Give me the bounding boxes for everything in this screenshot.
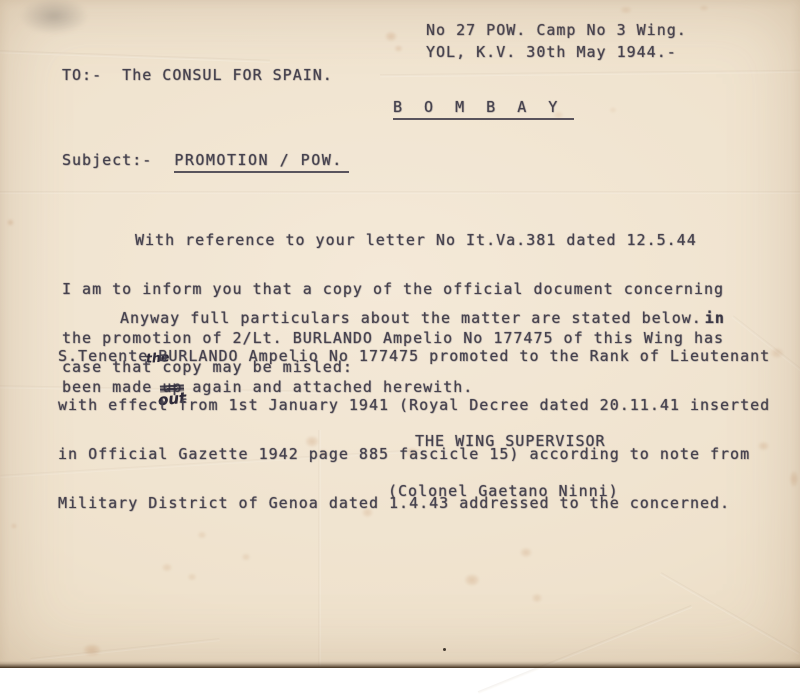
recipient-line: TO:- The CONSUL FOR SPAIN. — [62, 67, 333, 83]
letterhead-date-line: YOL, K.V. 30th May 1944.- — [426, 44, 677, 60]
stain — [80, 642, 104, 658]
signature-title: THE WING SUPERVISOR — [388, 433, 619, 450]
crease — [0, 191, 800, 194]
scanned-letter-page: No 27 POW. Camp No 3 Wing. YOL, K.V. 30t… — [0, 0, 800, 668]
corner-smudge — [6, 0, 102, 42]
crease — [660, 572, 800, 655]
ink-speck — [443, 648, 446, 651]
stain — [383, 30, 399, 43]
crease — [478, 605, 692, 668]
stain — [186, 572, 198, 582]
city-line: B O M B A Y — [393, 99, 574, 115]
crease — [380, 70, 800, 77]
subject-label: Subject:- — [62, 151, 162, 169]
signature-block: THE WING SUPERVISOR (Colonel Gaetano Nin… — [388, 400, 619, 532]
subject-value: PROMOTION / POW. — [174, 151, 349, 173]
crease — [0, 50, 270, 62]
stain — [462, 572, 482, 588]
stain — [6, 218, 15, 227]
stain — [530, 592, 544, 604]
crease — [30, 638, 219, 661]
stain — [618, 5, 634, 15]
paper-bottom-edge — [0, 661, 800, 668]
letterhead-camp-line: No 27 POW. Camp No 3 Wing. — [426, 22, 687, 38]
subject-line: Subject:- PROMOTION / POW. — [62, 152, 349, 168]
stain — [698, 4, 710, 12]
stain — [393, 44, 404, 53]
paragraph-1-line-1: With reference to your letter No It.Va.3… — [62, 232, 786, 248]
stain — [518, 546, 534, 559]
paragraph-3-line-1: S.Tenente BURLANDO Ampelio No 177475 pro… — [58, 348, 792, 364]
stain — [160, 562, 174, 573]
stain — [10, 522, 18, 530]
stain — [240, 552, 252, 562]
signature-name: (Colonel Gaetano Ninni) — [388, 483, 619, 500]
city-name: B O M B A Y — [393, 98, 574, 120]
stain — [608, 106, 618, 114]
